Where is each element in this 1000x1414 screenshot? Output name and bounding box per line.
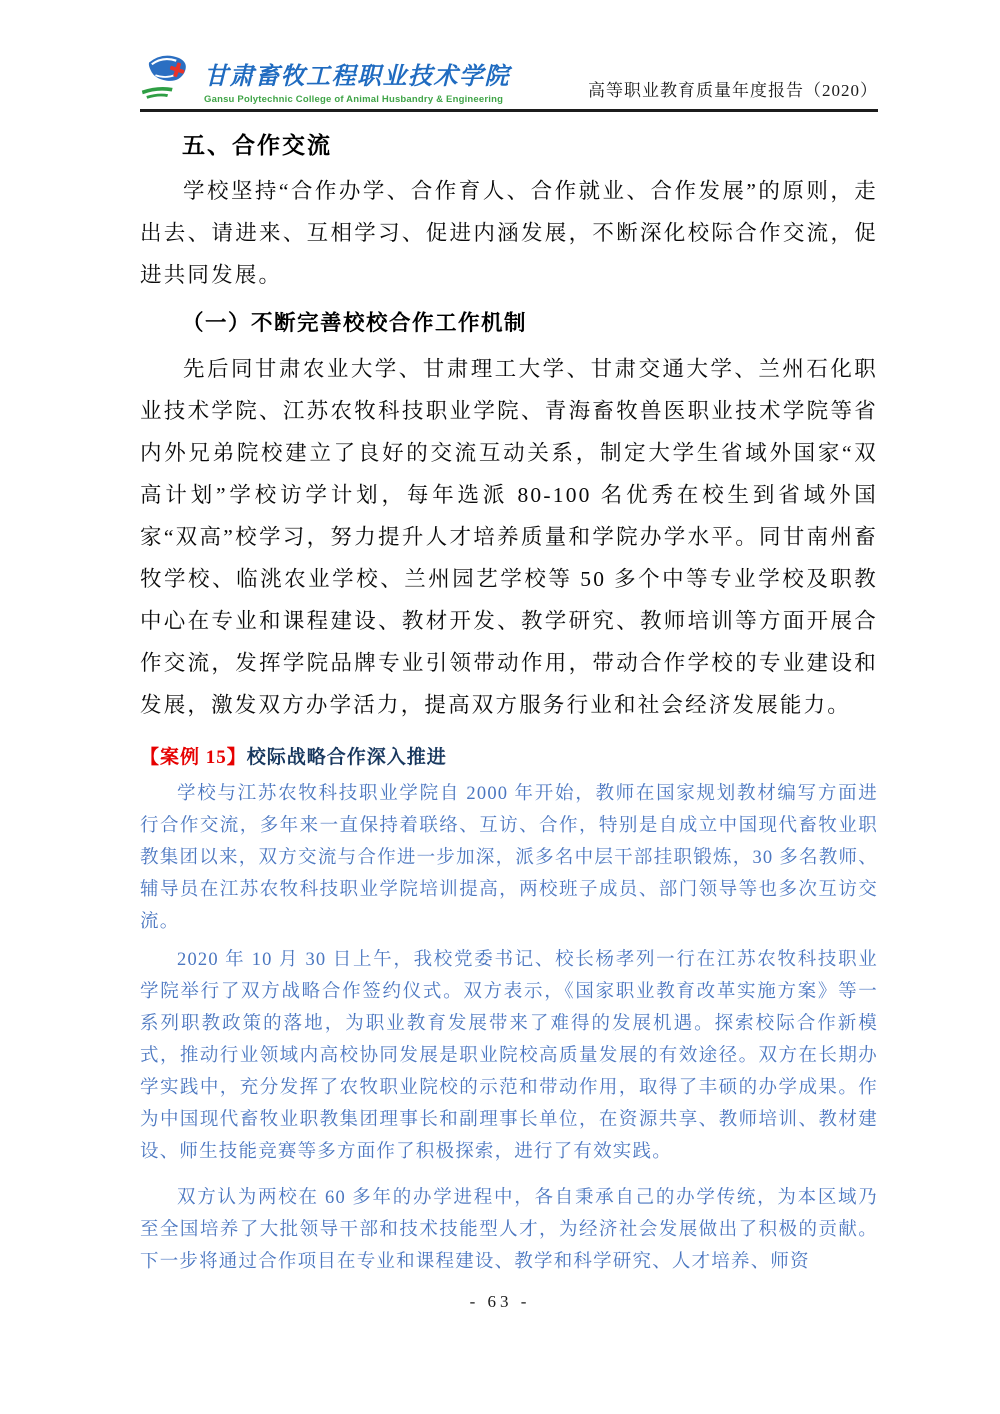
college-name-chinese: 甘肃畜牧工程职业技术学院	[204, 56, 510, 91]
document-page: 甘肃畜牧工程职业技术学院 Gansu Polytechnic College o…	[0, 0, 1000, 1414]
case-title: 校际战略合作深入推进	[247, 747, 447, 768]
case-paragraph-2: 2020 年 10 月 30 日上午，我校党委书记、校长杨孝列一行在江苏农牧科技…	[140, 944, 878, 1168]
case-label: 【案例 15】	[140, 747, 247, 768]
subsection-paragraph: 先后同甘肃农业大学、甘肃理工大学、甘肃交通大学、兰州石化职业技术学院、江苏农牧科…	[140, 348, 878, 726]
case-paragraph-3: 双方认为两校在 60 多年的办学进程中，各自秉承自己的办学传统，为本区域乃至全国…	[140, 1182, 878, 1278]
header-divider	[140, 109, 878, 112]
section-title: 五、合作交流	[140, 130, 878, 160]
college-logo: 甘肃畜牧工程职业技术学院 Gansu Polytechnic College o…	[140, 50, 510, 105]
intro-paragraph: 学校坚持“合作办学、合作育人、合作就业、合作发展”的原则，走出去、请进来、互相学…	[140, 170, 878, 296]
page-number: - 63 -	[0, 1292, 1000, 1312]
document-body: 五、合作交流 学校坚持“合作办学、合作育人、合作就业、合作发展”的原则，走出去、…	[140, 130, 878, 1278]
report-title: 高等职业教育质量年度报告（2020）	[588, 76, 878, 105]
college-logo-names: 甘肃畜牧工程职业技术学院 Gansu Polytechnic College o…	[204, 50, 510, 105]
college-name-english: Gansu Polytechnic College of Animal Husb…	[204, 94, 510, 105]
page-header: 甘肃畜牧工程职业技术学院 Gansu Polytechnic College o…	[140, 50, 878, 105]
case-paragraph-1: 学校与江苏农牧科技职业学院自 2000 年开始，教师在国家规划教材编写方面进行合…	[140, 778, 878, 938]
case-heading: 【案例 15】校际战略合作深入推进	[140, 742, 878, 774]
college-logo-icon	[140, 50, 198, 104]
subsection-title: （一）不断完善校校合作工作机制	[140, 308, 878, 338]
